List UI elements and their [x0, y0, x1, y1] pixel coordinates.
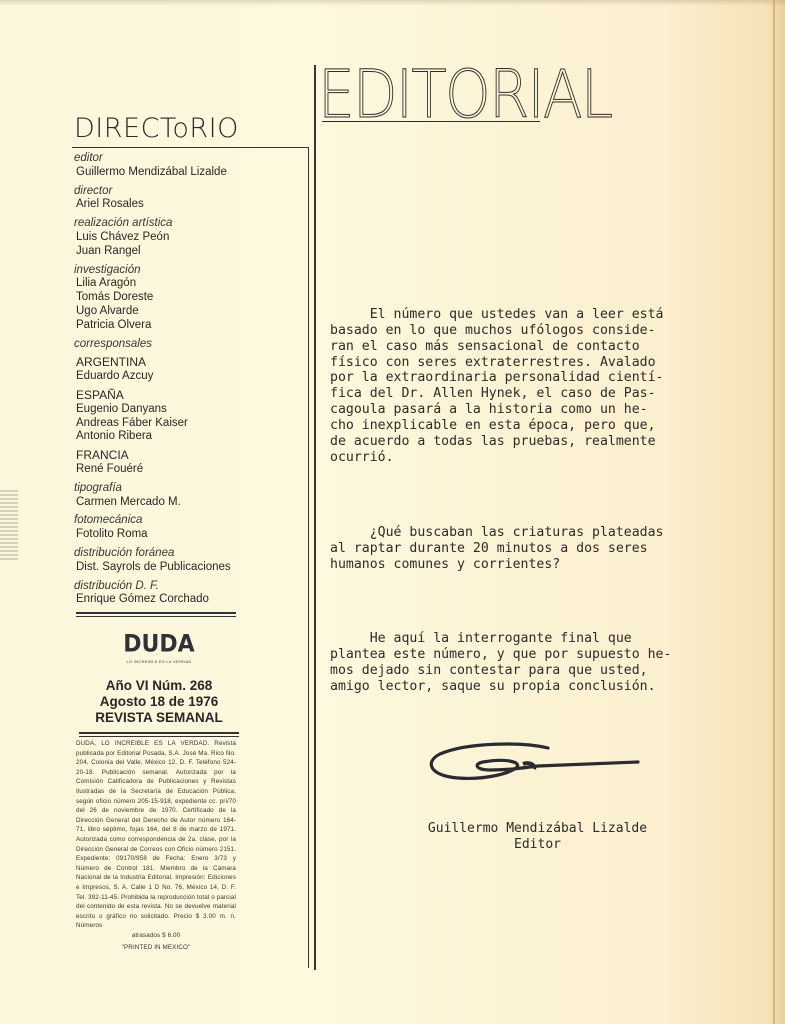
signature-name: Guillermo Mendizábal Lizalde [400, 821, 675, 837]
credit-role: corresponsales [74, 338, 304, 352]
credit-group: distribución foráneaDist. Sayrols de Pub… [74, 547, 304, 575]
directorio-header: DIRECToRIO [72, 112, 308, 152]
credit-role: investigación [74, 264, 304, 278]
credit-group: tipografíaCarmen Mercado M. [74, 482, 304, 510]
issue-frequency: REVISTA SEMANAL [74, 710, 244, 726]
editorial-body: El número que ustedes van a leer está ba… [330, 275, 750, 738]
credit-name: Enrique Gómez Corchado [74, 593, 304, 607]
credit-name: Antonio Ribera [74, 430, 304, 444]
editorial-paragraph-1: El número que ustedes van a leer está ba… [330, 307, 750, 466]
signature-icon [428, 740, 643, 790]
credit-country: ARGENTINA [74, 356, 304, 370]
credit-name: Tomás Doreste [74, 291, 304, 305]
credit-group: corresponsales [74, 338, 304, 352]
editorial-title: EDITORIAL [318, 60, 611, 130]
credit-group: editorGuillermo Mendizábal Lizalde [74, 152, 304, 180]
credits-list: editorGuillermo Mendizábal Lizaldedirect… [74, 152, 304, 617]
credit-group: directorAriel Rosales [74, 185, 304, 213]
masthead: DUDA LO INCREIBLE ES LA VERDAD Año VI Nú… [74, 632, 244, 737]
signature-block: Guillermo Mendizábal Lizalde Editor [400, 821, 675, 852]
credit-group: realización artísticaLuis Chávez PeónJua… [74, 217, 304, 258]
credit-group: FRANCIARené Fouéré [74, 449, 304, 477]
issue-number: Año VI Núm. 268 [74, 678, 244, 694]
credit-role: director [74, 185, 304, 199]
credit-group: ESPAÑAEugenio DanyansAndreas Fáber Kaise… [74, 389, 304, 444]
credit-name: Carmen Mercado M. [74, 496, 304, 510]
duda-logo: DUDA [74, 631, 244, 660]
editorial-paragraph-2: ¿Qué buscaban las criaturas plateadas al… [330, 525, 750, 573]
credit-role: distribución foránea [74, 547, 304, 561]
credit-name: Guillermo Mendizábal Lizalde [74, 166, 304, 180]
credit-name: Dist. Sayrols de Publicaciones [74, 561, 304, 575]
printed-in-mexico: "PRINTED IN MEXICO" [76, 943, 236, 953]
credit-name: Patricia Olvera [74, 319, 304, 333]
credit-name: René Fouéré [74, 463, 304, 477]
credit-name: Eduardo Azcuy [74, 370, 304, 384]
credits-end-rule [76, 612, 236, 617]
signature-title: Editor [400, 837, 675, 853]
legal-notice: DUDA, LO INCREIBLE ES LA VERDAD. Revista… [76, 739, 236, 953]
credit-group: ARGENTINAEduardo Azcuy [74, 356, 304, 384]
credit-name: Ugo Alvarde [74, 305, 304, 319]
credit-name: Lilia Aragón [74, 277, 304, 291]
editorial-title-baseline [322, 121, 540, 122]
credit-name: Ariel Rosales [74, 198, 304, 212]
credit-group: fotomecánicaFotolito Roma [74, 514, 304, 542]
legal-text: DUDA, LO INCREIBLE ES LA VERDAD. Revista… [76, 739, 236, 931]
directorio-title: DIRECToRIO [74, 112, 308, 146]
credit-role: distribución D. F. [74, 580, 304, 594]
credit-role: editor [74, 152, 304, 166]
credit-country: ESPAÑA [74, 389, 304, 403]
column-divider [314, 65, 316, 970]
credit-name: Luis Chávez Peón [74, 231, 304, 245]
bleed-through-smudge [0, 490, 18, 560]
credit-role: fotomecánica [74, 514, 304, 528]
page-edge-shadow [0, 0, 785, 6]
credit-group: investigaciónLilia AragónTomás DoresteUg… [74, 264, 304, 333]
credit-name: Juan Rangel [74, 245, 304, 259]
credit-name: Fotolito Roma [74, 528, 304, 542]
credit-group: distribución D. F.Enrique Gómez Corchado [74, 580, 304, 608]
issue-date: Agosto 18 de 1976 [74, 694, 244, 710]
credit-name: Eugenio Danyans [74, 403, 304, 417]
page-fold-edge [773, 0, 775, 1024]
back-issues-price: atrasados $ 6.00 [76, 931, 236, 941]
credit-country: FRANCIA [74, 449, 304, 463]
credit-name: Andreas Fáber Kaiser [74, 417, 304, 431]
credit-role: realización artística [74, 217, 304, 231]
credit-role: tipografía [74, 482, 304, 496]
masthead-rule [79, 732, 239, 737]
editorial-paragraph-3: He aquí la interrogante final que plante… [330, 631, 750, 695]
